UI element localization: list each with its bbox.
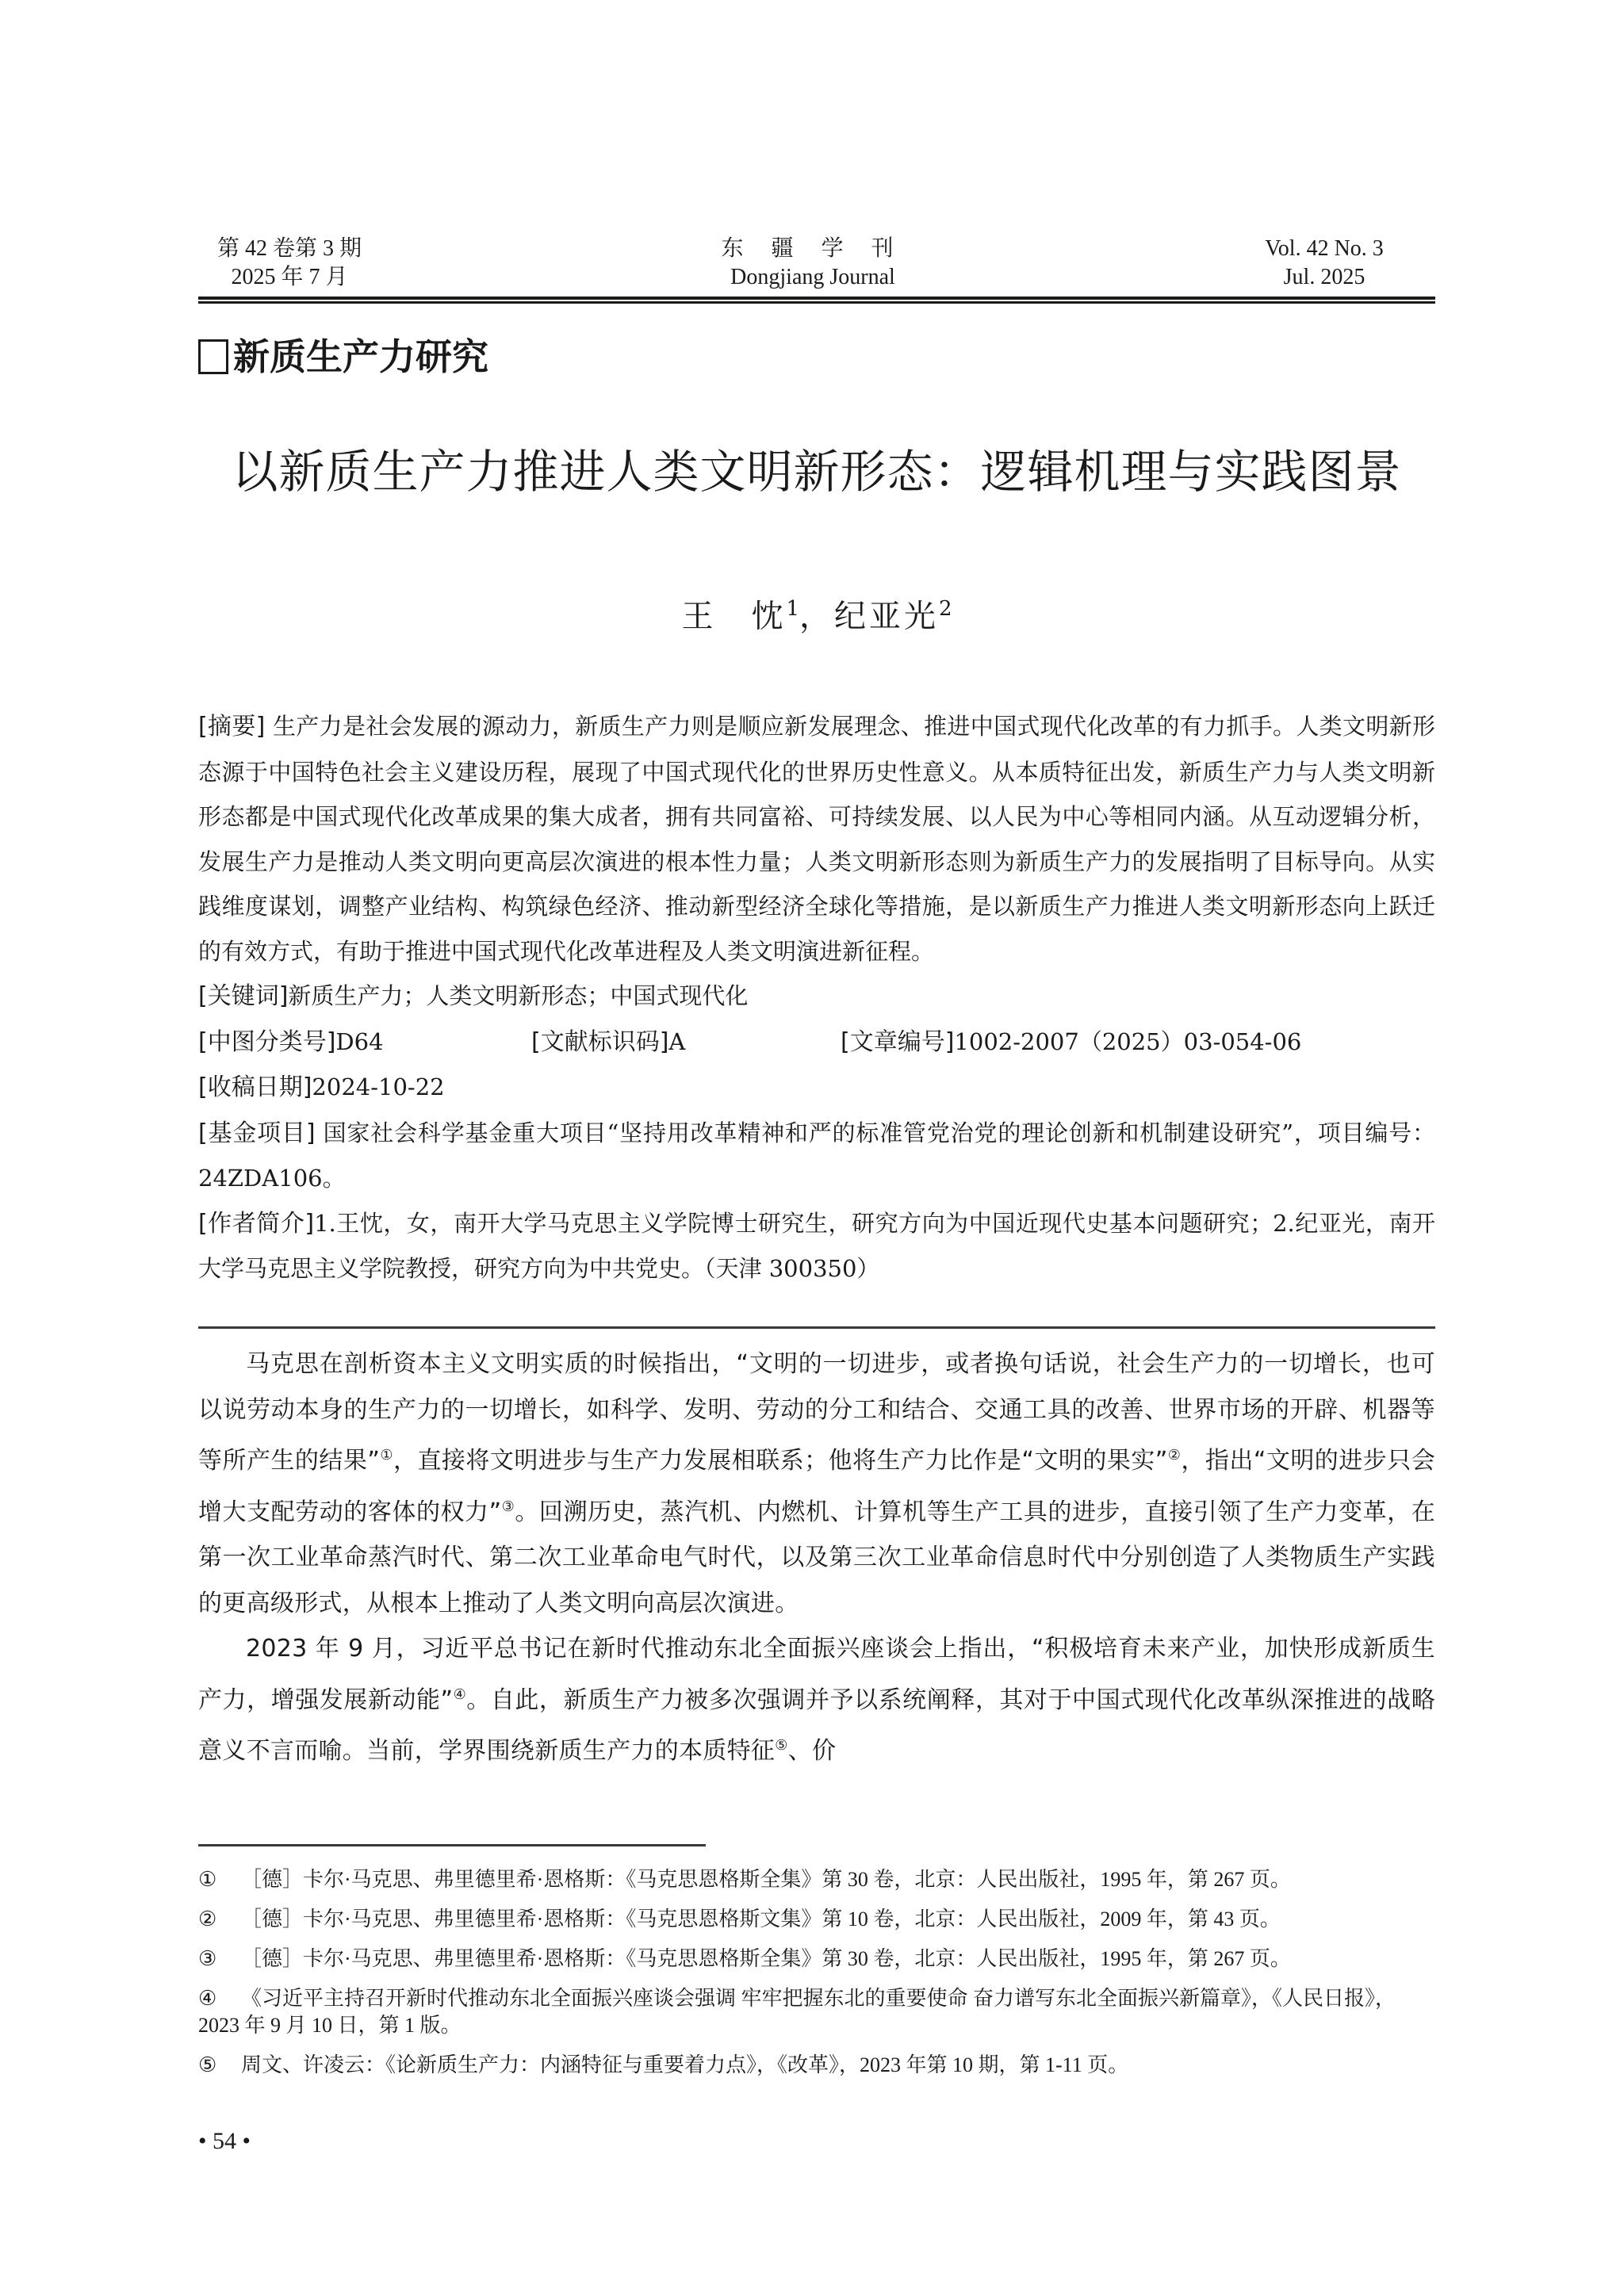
- header-issue-en: Vol. 42 No. 3 Jul. 2025: [1237, 235, 1411, 292]
- keywords-text: 新质生产力；人类文明新形态；中国式现代化: [288, 982, 748, 1009]
- authors: 王 忱1，纪亚光2: [198, 585, 1435, 640]
- fund-project: [基金项目] 国家社会科学基金重大项目“坚持用改革精神和严的标准管党治党的理论创…: [198, 1111, 1435, 1201]
- footnote-text: ［德］卡尔·马克思、弗里德里希·恩格斯：《马克思恩格斯全集》第 30 卷，北京：…: [241, 1939, 1435, 1979]
- page-number: • 54 •: [198, 2128, 251, 2155]
- column-label: 新质生产力研究: [198, 333, 488, 381]
- paragraph-text: ，直接将文明进步与生产力发展相联系；他将生产力比作是“文明的果实”: [393, 1447, 1168, 1475]
- footnote-ref-4[interactable]: ④: [453, 1686, 466, 1703]
- author-1: 王 忱: [681, 598, 786, 634]
- author-info-label: [作者简介]: [198, 1210, 314, 1238]
- footnote-text: ［德］卡尔·马克思、弗里德里希·恩格斯：《马克思恩格斯全集》第 30 卷，北京：…: [241, 1860, 1435, 1900]
- clc-value: D64: [335, 1028, 383, 1055]
- header-date: 2025 年 7 月: [206, 263, 373, 292]
- received-date: [收稿日期]2024-10-22: [198, 1065, 1435, 1111]
- received-label: [收稿日期]: [198, 1073, 312, 1101]
- clc-label: [中图分类号]: [198, 1028, 335, 1056]
- doc-code-label: [文献标识码]: [531, 1028, 668, 1056]
- author-separator: ，: [799, 598, 834, 634]
- footnote-ref-1[interactable]: ①: [380, 1447, 393, 1464]
- header-volume-en: Vol. 42 No. 3: [1237, 235, 1411, 263]
- footnote-number: ①: [198, 1860, 241, 1900]
- footnote-text: ［德］卡尔·马克思、弗里德里希·恩格斯：《马克思恩格斯文集》第 10 卷，北京：…: [241, 1900, 1435, 1939]
- classification-row: [中图分类号]D64 [文献标识码]A [文章编号]1002-2007（2025…: [198, 1020, 1435, 1066]
- footnote-number: ②: [198, 1900, 241, 1939]
- author-2-affiliation: 2: [939, 597, 952, 621]
- header-volume-issue: 第 42 卷第 3 期: [206, 235, 373, 263]
- author-2: 纪亚光: [834, 598, 939, 634]
- header-journal: 东 疆 学 刊 Dongjiang Journal: [642, 235, 983, 292]
- article-number: [文章编号]1002-2007（2025）03-054-06: [841, 1020, 1301, 1066]
- author-1-affiliation: 1: [786, 597, 799, 621]
- footnote-number: ④: [198, 1985, 241, 2012]
- fund-text: 国家社会科学基金重大项目“坚持用改革精神和严的标准管党治党的理论创新和机制建设研…: [198, 1119, 1435, 1192]
- paragraph-2: 2023 年 9 月，习近平总书记在新时代推动东北全面振兴座谈会上指出，“积极培…: [198, 1626, 1435, 1774]
- footnote-text: 周文、许凌云：《论新质生产力：内涵特征与重要着力点》，《改革》，2023 年第 …: [241, 2045, 1435, 2085]
- footnote-number: ⑤: [198, 2045, 241, 2085]
- journal-name-en: Dongjiang Journal: [642, 263, 983, 292]
- running-header: 第 42 卷第 3 期 2025 年 7 月 东 疆 学 刊 Dongjiang…: [198, 235, 1435, 292]
- article-no-value: 1002-2007（2025）03-054-06: [954, 1028, 1301, 1055]
- footnote-divider: [198, 1844, 706, 1846]
- footnote-number: ③: [198, 1939, 241, 1979]
- footnote-1: ① ［德］卡尔·马克思、弗里德里希·恩格斯：《马克思恩格斯全集》第 30 卷，北…: [198, 1860, 1435, 1900]
- section-divider: [198, 1326, 1435, 1329]
- article-no-label: [文章编号]: [841, 1028, 954, 1056]
- column-label-text: 新质生产力研究: [233, 333, 488, 381]
- author-info: [作者简介]1.王忱，女，南开大学马克思主义学院博士研究生，研究方向为中国近现代…: [198, 1201, 1435, 1291]
- header-double-rule: [198, 297, 1435, 304]
- header-date-en: Jul. 2025: [1237, 263, 1411, 292]
- author-info-text: 1.王忱，女，南开大学马克思主义学院博士研究生，研究方向为中国近现代史基本问题研…: [198, 1210, 1435, 1283]
- paragraph-1: 马克思在剖析资本主义文明实质的时候指出，“文明的一切进步，或者换句话说，社会生产…: [198, 1341, 1435, 1626]
- footnote-5: ⑤ 周文、许凌云：《论新质生产力：内涵特征与重要着力点》，《改革》，2023 年…: [198, 2045, 1435, 2085]
- footnote-ref-2[interactable]: ②: [1168, 1447, 1182, 1464]
- document-code: [文献标识码]A: [531, 1020, 841, 1066]
- journal-name-cn: 东 疆 学 刊: [642, 235, 983, 263]
- header-issue: 第 42 卷第 3 期 2025 年 7 月: [206, 235, 373, 292]
- keywords-label: [关键词]: [198, 982, 288, 1010]
- footnote-ref-5[interactable]: ⑤: [775, 1737, 787, 1754]
- paragraph-text: 、价: [788, 1737, 837, 1765]
- article-metadata: [摘要] 生产力是社会发展的源动力，新质生产力则是顺应新发展理念、推进中国式现代…: [198, 704, 1435, 1291]
- abstract-label: [摘要]: [198, 713, 265, 740]
- body-text: 马克思在剖析资本主义文明实质的时候指出，“文明的一切进步，或者换句话说，社会生产…: [198, 1341, 1435, 1774]
- clc-number: [中图分类号]D64: [198, 1020, 531, 1066]
- article-title: 以新质生产力推进人类文明新形态：逻辑机理与实践图景: [198, 440, 1435, 503]
- doc-code-value: A: [668, 1028, 685, 1055]
- abstract-text: 生产力是社会发展的源动力，新质生产力则是顺应新发展理念、推进中国式现代化改革的有…: [198, 713, 1435, 965]
- abstract: [摘要] 生产力是社会发展的源动力，新质生产力则是顺应新发展理念、推进中国式现代…: [198, 704, 1435, 974]
- received-value: 2024-10-22: [312, 1073, 444, 1100]
- footnote-2: ② ［德］卡尔·马克思、弗里德里希·恩格斯：《马克思恩格斯文集》第 10 卷，北…: [198, 1900, 1435, 1939]
- square-box-icon: [198, 339, 228, 374]
- keywords: [关键词]新质生产力；人类文明新形态；中国式现代化: [198, 974, 1435, 1020]
- footnote-4: ④《习近平主持召开新时代推动东北全面振兴座谈会强调 牢牢把握东北的重要使命 奋力…: [198, 1985, 1435, 2039]
- footnotes: ① ［德］卡尔·马克思、弗里德里希·恩格斯：《马克思恩格斯全集》第 30 卷，北…: [198, 1860, 1435, 2085]
- footnote-ref-3[interactable]: ③: [501, 1498, 515, 1515]
- footnote-3: ③ ［德］卡尔·马克思、弗里德里希·恩格斯：《马克思恩格斯全集》第 30 卷，北…: [198, 1939, 1435, 1979]
- footnote-text: 《习近平主持召开新时代推动东北全面振兴座谈会强调 牢牢把握东北的重要使命 奋力谱…: [198, 1987, 1396, 2037]
- fund-label: [基金项目]: [198, 1119, 316, 1147]
